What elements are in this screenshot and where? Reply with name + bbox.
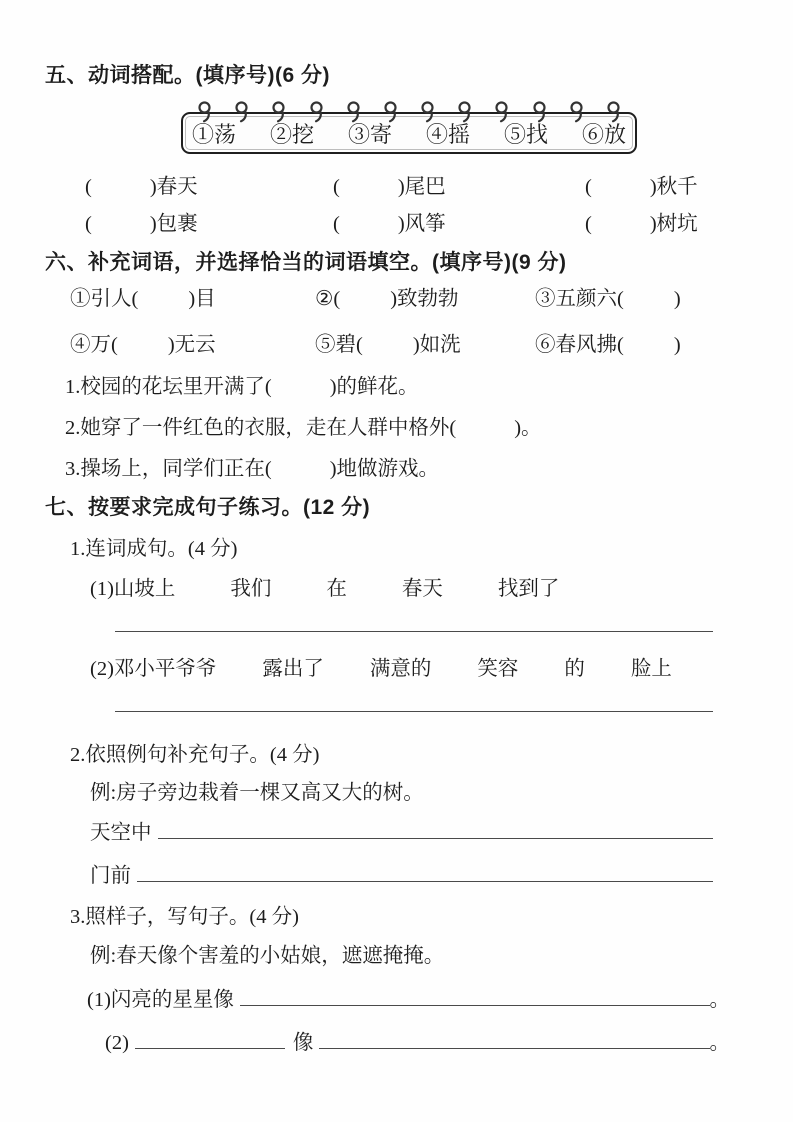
word-bank-item: ⑥放 — [582, 122, 626, 148]
word-bank-item: ③寄 — [348, 122, 392, 148]
simile-word: 像 — [293, 1030, 314, 1056]
idiom-blank: ⑤碧()如洗 — [315, 332, 535, 358]
answer-line[interactable] — [319, 1048, 709, 1049]
binder-ring-icon — [606, 101, 621, 125]
scrambled-word: 山坡上 — [114, 578, 176, 600]
idiom-blank: ③五颜六() — [535, 286, 681, 312]
binder-ring-icon — [532, 101, 547, 125]
scrambled-word: 脸上 — [631, 656, 672, 682]
blank-label: 包裹 — [157, 213, 198, 235]
sub3-title: 3.照样子，写句子。(4 分) — [70, 904, 745, 930]
scrambled-word: 春天 — [402, 576, 443, 602]
word-bank: ①荡 ②挖 ③寄 ④摇 ⑤找 ⑥放 — [181, 112, 637, 154]
simile-item-1: (1)闪亮的星星像 。 — [87, 987, 730, 1013]
item-number: (2) — [90, 658, 114, 680]
scrambled-word: 邓小平爷爷 — [114, 658, 217, 680]
complete-sentence-sky: 天空中 — [90, 820, 713, 846]
blank-label: 风筝 — [405, 213, 446, 235]
idiom-blank: ⑥春风拂() — [535, 332, 681, 358]
word-order-item-2: (2)邓小平爷爷 露出了 满意的 笑容 的 脸上 — [90, 656, 745, 682]
sentence-start-label: 门前 — [90, 863, 131, 889]
item-number: (1) — [90, 578, 114, 600]
item-number: (2) — [105, 1030, 129, 1056]
sentence-end-punctuation: 。 — [710, 987, 731, 1013]
sentence-end-punctuation: 。 — [710, 1030, 731, 1056]
binder-ring-icon — [346, 101, 361, 125]
blank-label: 树坑 — [657, 213, 698, 235]
worksheet-page: 五、动词搭配。(填序号)(6 分) ①荡 ②挖 ③寄 ④摇 ⑤找 ⑥放 () — [0, 0, 793, 1122]
binder-ring-icon — [309, 101, 324, 125]
section7-heading: 七、按要求完成句子练习。(12 分) — [45, 494, 745, 522]
fill-sentence-1: 1.校园的花坛里开满了()的鲜花。 — [65, 374, 745, 400]
binder-ring-icon — [197, 101, 212, 125]
binder-ring-icon — [569, 101, 584, 125]
item-number: (1) — [87, 987, 111, 1013]
idiom-row-2: ④万()无云 ⑤碧()如洗 ⑥春风拂() — [45, 332, 745, 358]
scrambled-word: 在 — [326, 576, 347, 602]
binder-ring-icon — [234, 101, 249, 125]
blank-label: 尾巴 — [405, 176, 446, 198]
idiom-blank: ④万()无云 — [70, 332, 315, 358]
verb-blank: ()秋千 — [585, 174, 698, 200]
binder-ring-icon — [271, 101, 286, 125]
word-order-item-1: (1)山坡上 我们 在 春天 找到了 — [90, 576, 745, 602]
sub2-title: 2.依照例句补充句子。(4 分) — [70, 742, 745, 768]
idiom-row-1: ①引人()目 ②()致勃勃 ③五颜六() — [45, 286, 745, 312]
scrambled-word: 满意的 — [370, 656, 432, 682]
verb-blank: ()春天 — [85, 174, 333, 200]
verb-match-row-1: ()春天 ()尾巴 ()秋千 — [45, 174, 745, 200]
word-bank-item: ②挖 — [270, 122, 314, 148]
sub3-example: 例:春天像个害羞的小姑娘，遮遮掩掩。 — [90, 943, 745, 969]
blank-label: 春天 — [157, 176, 198, 198]
section6-heading: 六、补充词语，并选择恰当的词语填空。(填序号)(9 分) — [45, 249, 745, 277]
verb-blank: ()包裹 — [85, 211, 333, 237]
binder-rings — [197, 101, 621, 125]
binder-ring-icon — [420, 101, 435, 125]
binder-ring-icon — [383, 101, 398, 125]
answer-line[interactable] — [240, 1005, 710, 1006]
verb-match-row-2: ()包裹 ()风筝 ()树坑 — [45, 211, 745, 237]
word-bank-item: ①荡 — [192, 122, 236, 148]
scrambled-word: 露出了 — [262, 656, 324, 682]
complete-sentence-door: 门前 — [90, 863, 713, 889]
verb-blank: ()尾巴 — [333, 174, 585, 200]
fill-sentence-2: 2.她穿了一件红色的衣服，走在人群中格外()。 — [65, 415, 745, 441]
section5-heading: 五、动词搭配。(填序号)(6 分) — [45, 62, 745, 90]
scrambled-word: 我们 — [230, 576, 271, 602]
answer-line[interactable] — [115, 711, 713, 712]
sub1-title: 1.连词成句。(4 分) — [70, 536, 745, 562]
scrambled-word: 笑容 — [477, 656, 518, 682]
sentence-start-label: 闪亮的星星像 — [111, 987, 234, 1013]
sentence-start-label: 天空中 — [90, 820, 152, 846]
scrambled-word: 的 — [564, 656, 585, 682]
answer-line[interactable] — [135, 1048, 285, 1049]
binder-ring-icon — [457, 101, 472, 125]
answer-line[interactable] — [137, 881, 713, 882]
answer-line[interactable] — [115, 631, 713, 632]
answer-line[interactable] — [158, 838, 714, 839]
idiom-blank: ②()致勃勃 — [315, 286, 535, 312]
word-bank-item: ⑤找 — [504, 122, 548, 148]
verb-blank: ()树坑 — [585, 211, 698, 237]
scrambled-word: 找到了 — [498, 576, 560, 602]
sub2-example: 例:房子旁边栽着一棵又高又大的树。 — [90, 780, 745, 806]
verb-blank: ()风筝 — [333, 211, 585, 237]
word-bank-item: ④摇 — [426, 122, 470, 148]
blank-label: 秋千 — [657, 176, 698, 198]
fill-sentence-3: 3.操场上，同学们正在()地做游戏。 — [65, 456, 745, 482]
binder-ring-icon — [494, 101, 509, 125]
idiom-blank: ①引人()目 — [70, 286, 315, 312]
simile-item-2: (2) 像 。 — [105, 1030, 730, 1056]
